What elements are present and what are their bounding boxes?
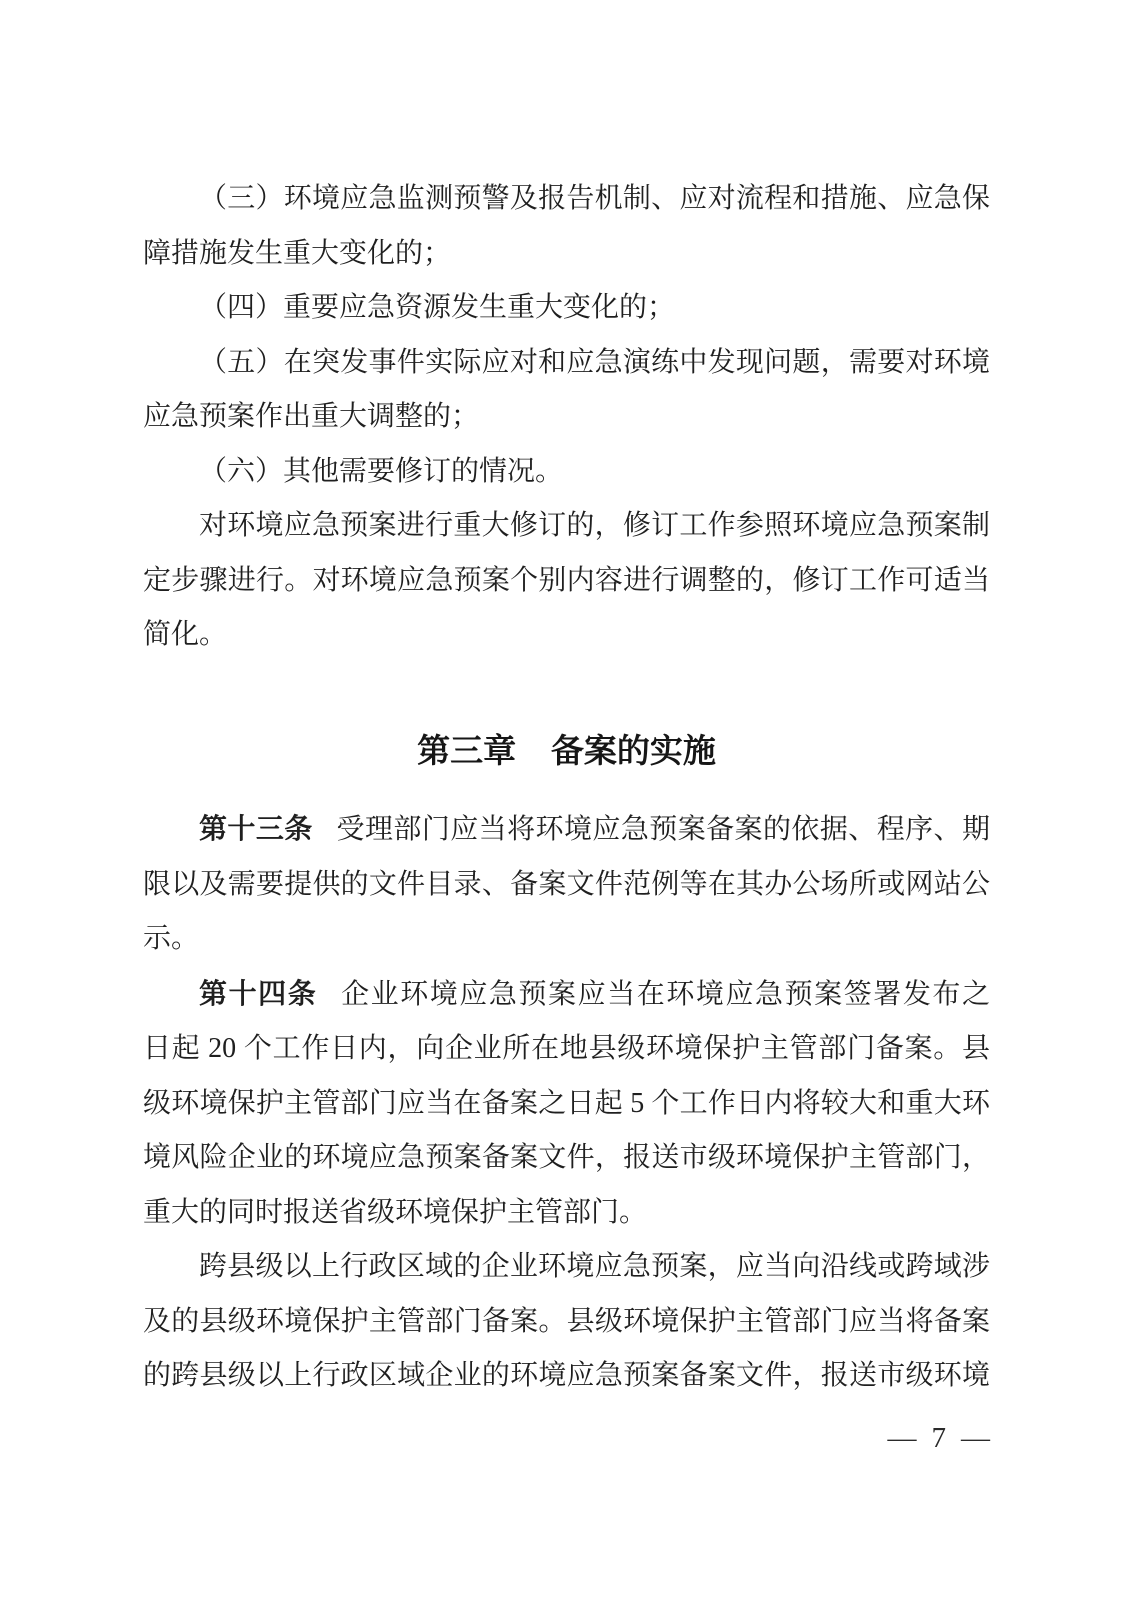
text-line: （五）在突发事件实际应对和应急演练中发现问题，需要对环境 — [143, 336, 990, 391]
text-line: 重大的同时报送省级环境保护主管部门。 — [143, 1186, 990, 1241]
line-text: 示。 — [143, 923, 199, 954]
body-lower-section: 第十三条受理部门应当将环境应急预案备案的依据、程序、期 限以及需要提供的文件目录… — [143, 802, 990, 1404]
chapter-number: 第三章 — [417, 732, 516, 769]
text-line: 对环境应急预案进行重大修订的，修订工作参照环境应急预案制 — [143, 499, 990, 554]
line-text: 简化。 — [143, 619, 227, 650]
text-line: （三）环境应急监测预警及报告机制、应对流程和措施、应急保 — [143, 172, 990, 227]
text-line: 日起 20 个工作日内，向企业所在地县级环境保护主管部门备案。县 — [143, 1022, 990, 1077]
text-line: 障措施发生重大变化的； — [143, 227, 990, 282]
line-text: 的跨县级以上行政区域企业的环境应急预案备案文件，报送市级环境 — [143, 1360, 990, 1391]
chapter-heading: 第三章备案的实施 — [143, 729, 990, 773]
line-text: 及的县级环境保护主管部门备案。县级环境保护主管部门应当将备案 — [143, 1306, 990, 1337]
line-text: （四）重要应急资源发生重大变化的； — [199, 292, 675, 323]
page-number: 7 — [932, 1422, 947, 1454]
line-text: 应急预案作出重大调整的； — [143, 401, 479, 432]
line-text: 定步骤进行。对环境应急预案个别内容进行调整的，修订工作可适当 — [143, 565, 990, 596]
text-line: 定步骤进行。对环境应急预案个别内容进行调整的，修订工作可适当 — [143, 554, 990, 609]
text-line: 级环境保护主管部门应当在备案之日起 5 个工作日内将较大和重大环 — [143, 1077, 990, 1132]
article-lead: 第十四条 — [199, 978, 317, 1009]
document-page: （三）环境应急监测预警及报告机制、应对流程和措施、应急保 障措施发生重大变化的；… — [0, 0, 1131, 1600]
line-text: 日起 20 个工作日内，向企业所在地县级环境保护主管部门备案。县 — [143, 1033, 990, 1064]
body-upper-section: （三）环境应急监测预警及报告机制、应对流程和措施、应急保 障措施发生重大变化的；… — [143, 172, 990, 663]
line-text: 受理部门应当将环境应急预案备案的依据、程序、期 — [337, 814, 990, 845]
text-line: 简化。 — [143, 608, 990, 663]
line-text: 限以及需要提供的文件目录、备案文件范例等在其办公场所或网站公 — [143, 869, 990, 900]
text-line: （六）其他需要修订的情况。 — [143, 445, 990, 500]
line-text: 企业环境应急预案应当在环境应急预案签署发布之 — [341, 979, 990, 1010]
line-text: 重大的同时报送省级环境保护主管部门。 — [143, 1197, 647, 1228]
line-text: （六）其他需要修订的情况。 — [199, 456, 563, 487]
text-line: 第十三条受理部门应当将环境应急预案备案的依据、程序、期 — [143, 802, 990, 858]
line-text: 级环境保护主管部门应当在备案之日起 5 个工作日内将较大和重大环 — [143, 1088, 990, 1119]
line-text: 跨县级以上行政区域的企业环境应急预案，应当向沿线或跨域涉 — [199, 1251, 990, 1282]
text-line: 的跨县级以上行政区域企业的环境应急预案备案文件，报送市级环境 — [143, 1349, 990, 1404]
line-text: （五）在突发事件实际应对和应急演练中发现问题，需要对环境 — [199, 347, 990, 378]
text-line: 限以及需要提供的文件目录、备案文件范例等在其办公场所或网站公 — [143, 858, 990, 913]
line-text: 障措施发生重大变化的； — [143, 238, 451, 269]
footer-dash-right: — — [961, 1422, 990, 1454]
text-line: 跨县级以上行政区域的企业环境应急预案，应当向沿线或跨域涉 — [143, 1240, 990, 1295]
text-line: 示。 — [143, 912, 990, 967]
text-line: 第十四条企业环境应急预案应当在环境应急预案签署发布之 — [143, 967, 990, 1023]
footer-dash-left: — — [888, 1422, 917, 1454]
text-line: 应急预案作出重大调整的； — [143, 390, 990, 445]
line-text: （三）环境应急监测预警及报告机制、应对流程和措施、应急保 — [199, 183, 990, 214]
line-text: 对环境应急预案进行重大修订的，修订工作参照环境应急预案制 — [199, 510, 990, 541]
text-line: （四）重要应急资源发生重大变化的； — [143, 281, 990, 336]
text-line: 境风险企业的环境应急预案备案文件，报送市级环境保护主管部门， — [143, 1131, 990, 1186]
page-footer: —7— — [888, 1418, 991, 1458]
article-lead: 第十三条 — [199, 813, 313, 844]
text-line: 及的县级环境保护主管部门备案。县级环境保护主管部门应当将备案 — [143, 1295, 990, 1350]
chapter-title: 备案的实施 — [551, 732, 716, 769]
line-text: 境风险企业的环境应急预案备案文件，报送市级环境保护主管部门， — [143, 1142, 990, 1173]
